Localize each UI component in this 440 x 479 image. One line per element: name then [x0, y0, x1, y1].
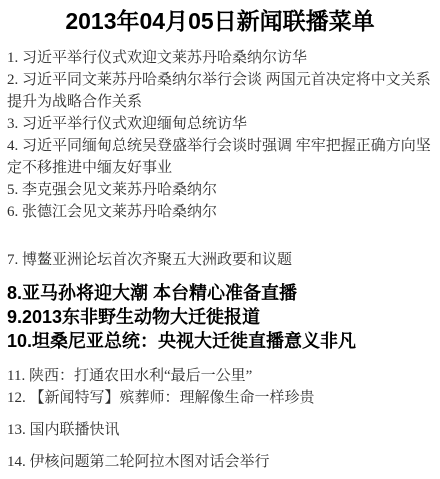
menu-item-14: 14. 伊核问题第二轮阿拉木图对话会举行: [7, 451, 433, 473]
menu-item-9: 9.2013东非野生动物大迁徙报道: [7, 305, 433, 329]
news-menu-page: 2013年04月05日新闻联播菜单 1. 习近平举行仪式欢迎文莱苏丹哈桑纳尔访华…: [0, 0, 440, 479]
menu-item-13: 13. 国内联播快讯: [7, 419, 433, 441]
menu-item-10: 10.坦桑尼亚总统：央视大迁徙直播意义非凡: [7, 329, 433, 353]
menu-item-8: 8.亚马孙将迎大潮 本台精心准备直播: [7, 281, 433, 305]
menu-item-11: 11. 陕西：打通农田水利“最后一公里”: [7, 365, 433, 387]
menu-item-4: 4. 习近平同缅甸总统吴登盛举行会谈时强调 牢牢把握正确方向坚定不移推进中缅友好…: [7, 135, 433, 179]
menu-item-6: 6. 张德江会见文莱苏丹哈桑纳尔: [7, 201, 433, 223]
menu-item-1: 1. 习近平举行仪式欢迎文莱苏丹哈桑纳尔访华: [7, 47, 433, 69]
menu-item-7: 7. 博鳌亚洲论坛首次齐聚五大洲政要和议题: [7, 249, 433, 271]
menu-item-3: 3. 习近平举行仪式欢迎缅甸总统访华: [7, 113, 433, 135]
menu-item-2: 2. 习近平同文莱苏丹哈桑纳尔举行会谈 两国元首决定将中文关系提升为战略合作关系: [7, 69, 433, 113]
menu-item-5: 5. 李克强会见文莱苏丹哈桑纳尔: [7, 179, 433, 201]
page-title: 2013年04月05日新闻联播菜单: [7, 6, 433, 36]
menu-item-12: 12. 【新闻特写】殡葬师：理解像生命一样珍贵: [7, 387, 433, 409]
